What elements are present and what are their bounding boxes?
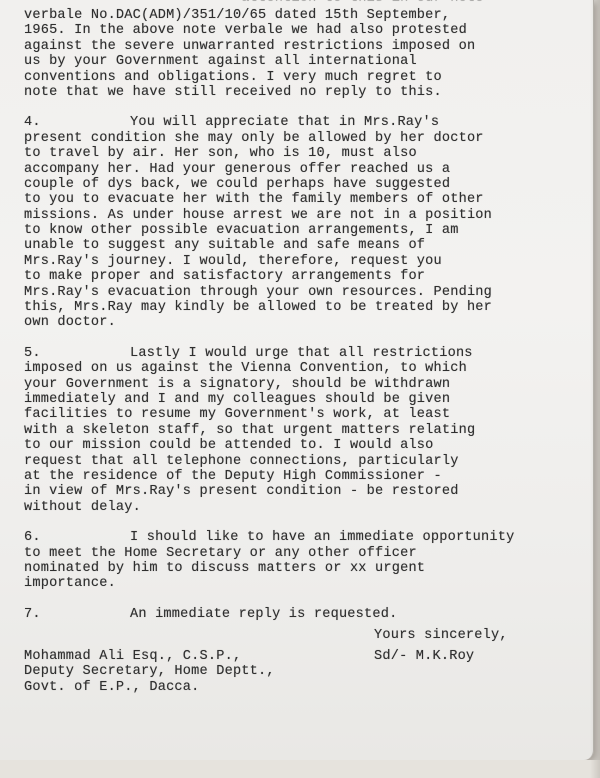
text-line: your Government is a signatory, should b… xyxy=(24,377,584,392)
text-line: this, Mrs.Ray may kindly be allowed to b… xyxy=(24,300,584,315)
paragraph-number: 4. xyxy=(24,115,130,130)
text-line: Mrs.Ray's evacuation through your own re… xyxy=(24,285,584,300)
paragraph-first-line: 4.You will appreciate that in Mrs.Ray's xyxy=(24,115,584,130)
letter-page: attention to this in our note verbale No… xyxy=(0,0,594,760)
signature: Sd/- M.K.Roy xyxy=(374,649,508,664)
text-line: note that we have still received no repl… xyxy=(24,85,584,100)
text-line: in view of Mrs.Ray's present condition -… xyxy=(24,484,584,499)
text-line: Mrs.Ray's journey. I would, therefore, r… xyxy=(24,254,584,269)
paragraph-4: 4.You will appreciate that in Mrs.Ray's … xyxy=(24,115,584,330)
paragraph-number: 5. xyxy=(24,346,130,361)
text-line: unable to suggest any suitable and safe … xyxy=(24,238,584,253)
background-surface xyxy=(0,760,600,778)
text-fragment: I should like to have an immediate oppor… xyxy=(130,530,514,545)
cut-off-top-line: attention to this in our note xyxy=(24,0,484,6)
text-line: nominated by him to discuss matters or x… xyxy=(24,561,584,576)
paragraph-first-line: 5.Lastly I would urge that all restricti… xyxy=(24,346,584,361)
text-line: couple of dys back, we could perhaps hav… xyxy=(24,177,584,192)
text-line: immediately and I and my colleagues shou… xyxy=(24,392,584,407)
addressee-line: Govt. of E.P., Dacca. xyxy=(24,680,275,695)
text-line: facilities to resume my Government's wor… xyxy=(24,407,584,422)
text-line: to our mission could be attended to. I w… xyxy=(24,438,584,453)
signature-block: Yours sincerely, Sd/- M.K.Roy xyxy=(374,628,508,665)
text-line: against the severe unwarranted restricti… xyxy=(24,39,584,54)
paragraph-continuation: verbale No.DAC(ADM)/351/10/65 dated 15th… xyxy=(24,0,584,100)
text-line: to know other possible evacuation arrang… xyxy=(24,223,584,238)
text-line: accompany her. Had your generous offer r… xyxy=(24,162,584,177)
letter-body: attention to this in our note verbale No… xyxy=(24,0,584,708)
addressee-line: Deputy Secretary, Home Deptt., xyxy=(24,664,275,679)
page-edge-shadow xyxy=(590,0,600,778)
text-line: us by your Government against all intern… xyxy=(24,54,584,69)
text-line: conventions and obligations. I very much… xyxy=(24,70,584,85)
closing-section: Yours sincerely, Sd/- M.K.Roy Mohammad A… xyxy=(24,628,584,708)
text-line: to travel by air. Her son, who is 10, mu… xyxy=(24,146,584,161)
text-fragment: An immediate reply is requested. xyxy=(130,607,397,622)
text-line: with a skeleton staff, so that urgent ma… xyxy=(24,423,584,438)
addressee-line: Mohammad Ali Esq., C.S.P., xyxy=(24,649,275,664)
text-line: imposed on us against the Vienna Convent… xyxy=(24,361,584,376)
text-line: without delay. xyxy=(24,500,584,515)
text-fragment: You will appreciate that in Mrs.Ray's xyxy=(130,115,439,130)
text-fragment: Lastly I would urge that all restriction… xyxy=(130,346,473,361)
text-line: at the residence of the Deputy High Comm… xyxy=(24,469,584,484)
text-line: own doctor. xyxy=(24,315,584,330)
paragraph-7: 7.An immediate reply is requested. xyxy=(24,607,584,622)
text-line: missions. As under house arrest we are n… xyxy=(24,208,584,223)
paragraph-first-line: 6.I should like to have an immediate opp… xyxy=(24,530,584,545)
text-line: 1965. In the above note verbale we had a… xyxy=(24,23,584,38)
addressee-block: Mohammad Ali Esq., C.S.P., Deputy Secret… xyxy=(24,649,275,695)
text-line: present condition she may only be allowe… xyxy=(24,131,584,146)
paragraph-5: 5.Lastly I would urge that all restricti… xyxy=(24,346,584,515)
text-line: verbale No.DAC(ADM)/351/10/65 dated 15th… xyxy=(24,8,584,23)
paragraph-first-line: 7.An immediate reply is requested. xyxy=(24,607,584,622)
paragraph-number: 6. xyxy=(24,530,130,545)
paragraph-number: 7. xyxy=(24,607,130,622)
text-line: to meet the Home Secretary or any other … xyxy=(24,546,584,561)
paragraph-6: 6.I should like to have an immediate opp… xyxy=(24,530,584,592)
text-line: request that all telephone connections, … xyxy=(24,454,584,469)
text-line: to make proper and satisfactory arrangem… xyxy=(24,269,584,284)
text-line: importance. xyxy=(24,576,584,591)
text-line: to you to evacuate her with the family m… xyxy=(24,192,584,207)
salutation: Yours sincerely, xyxy=(374,628,508,643)
